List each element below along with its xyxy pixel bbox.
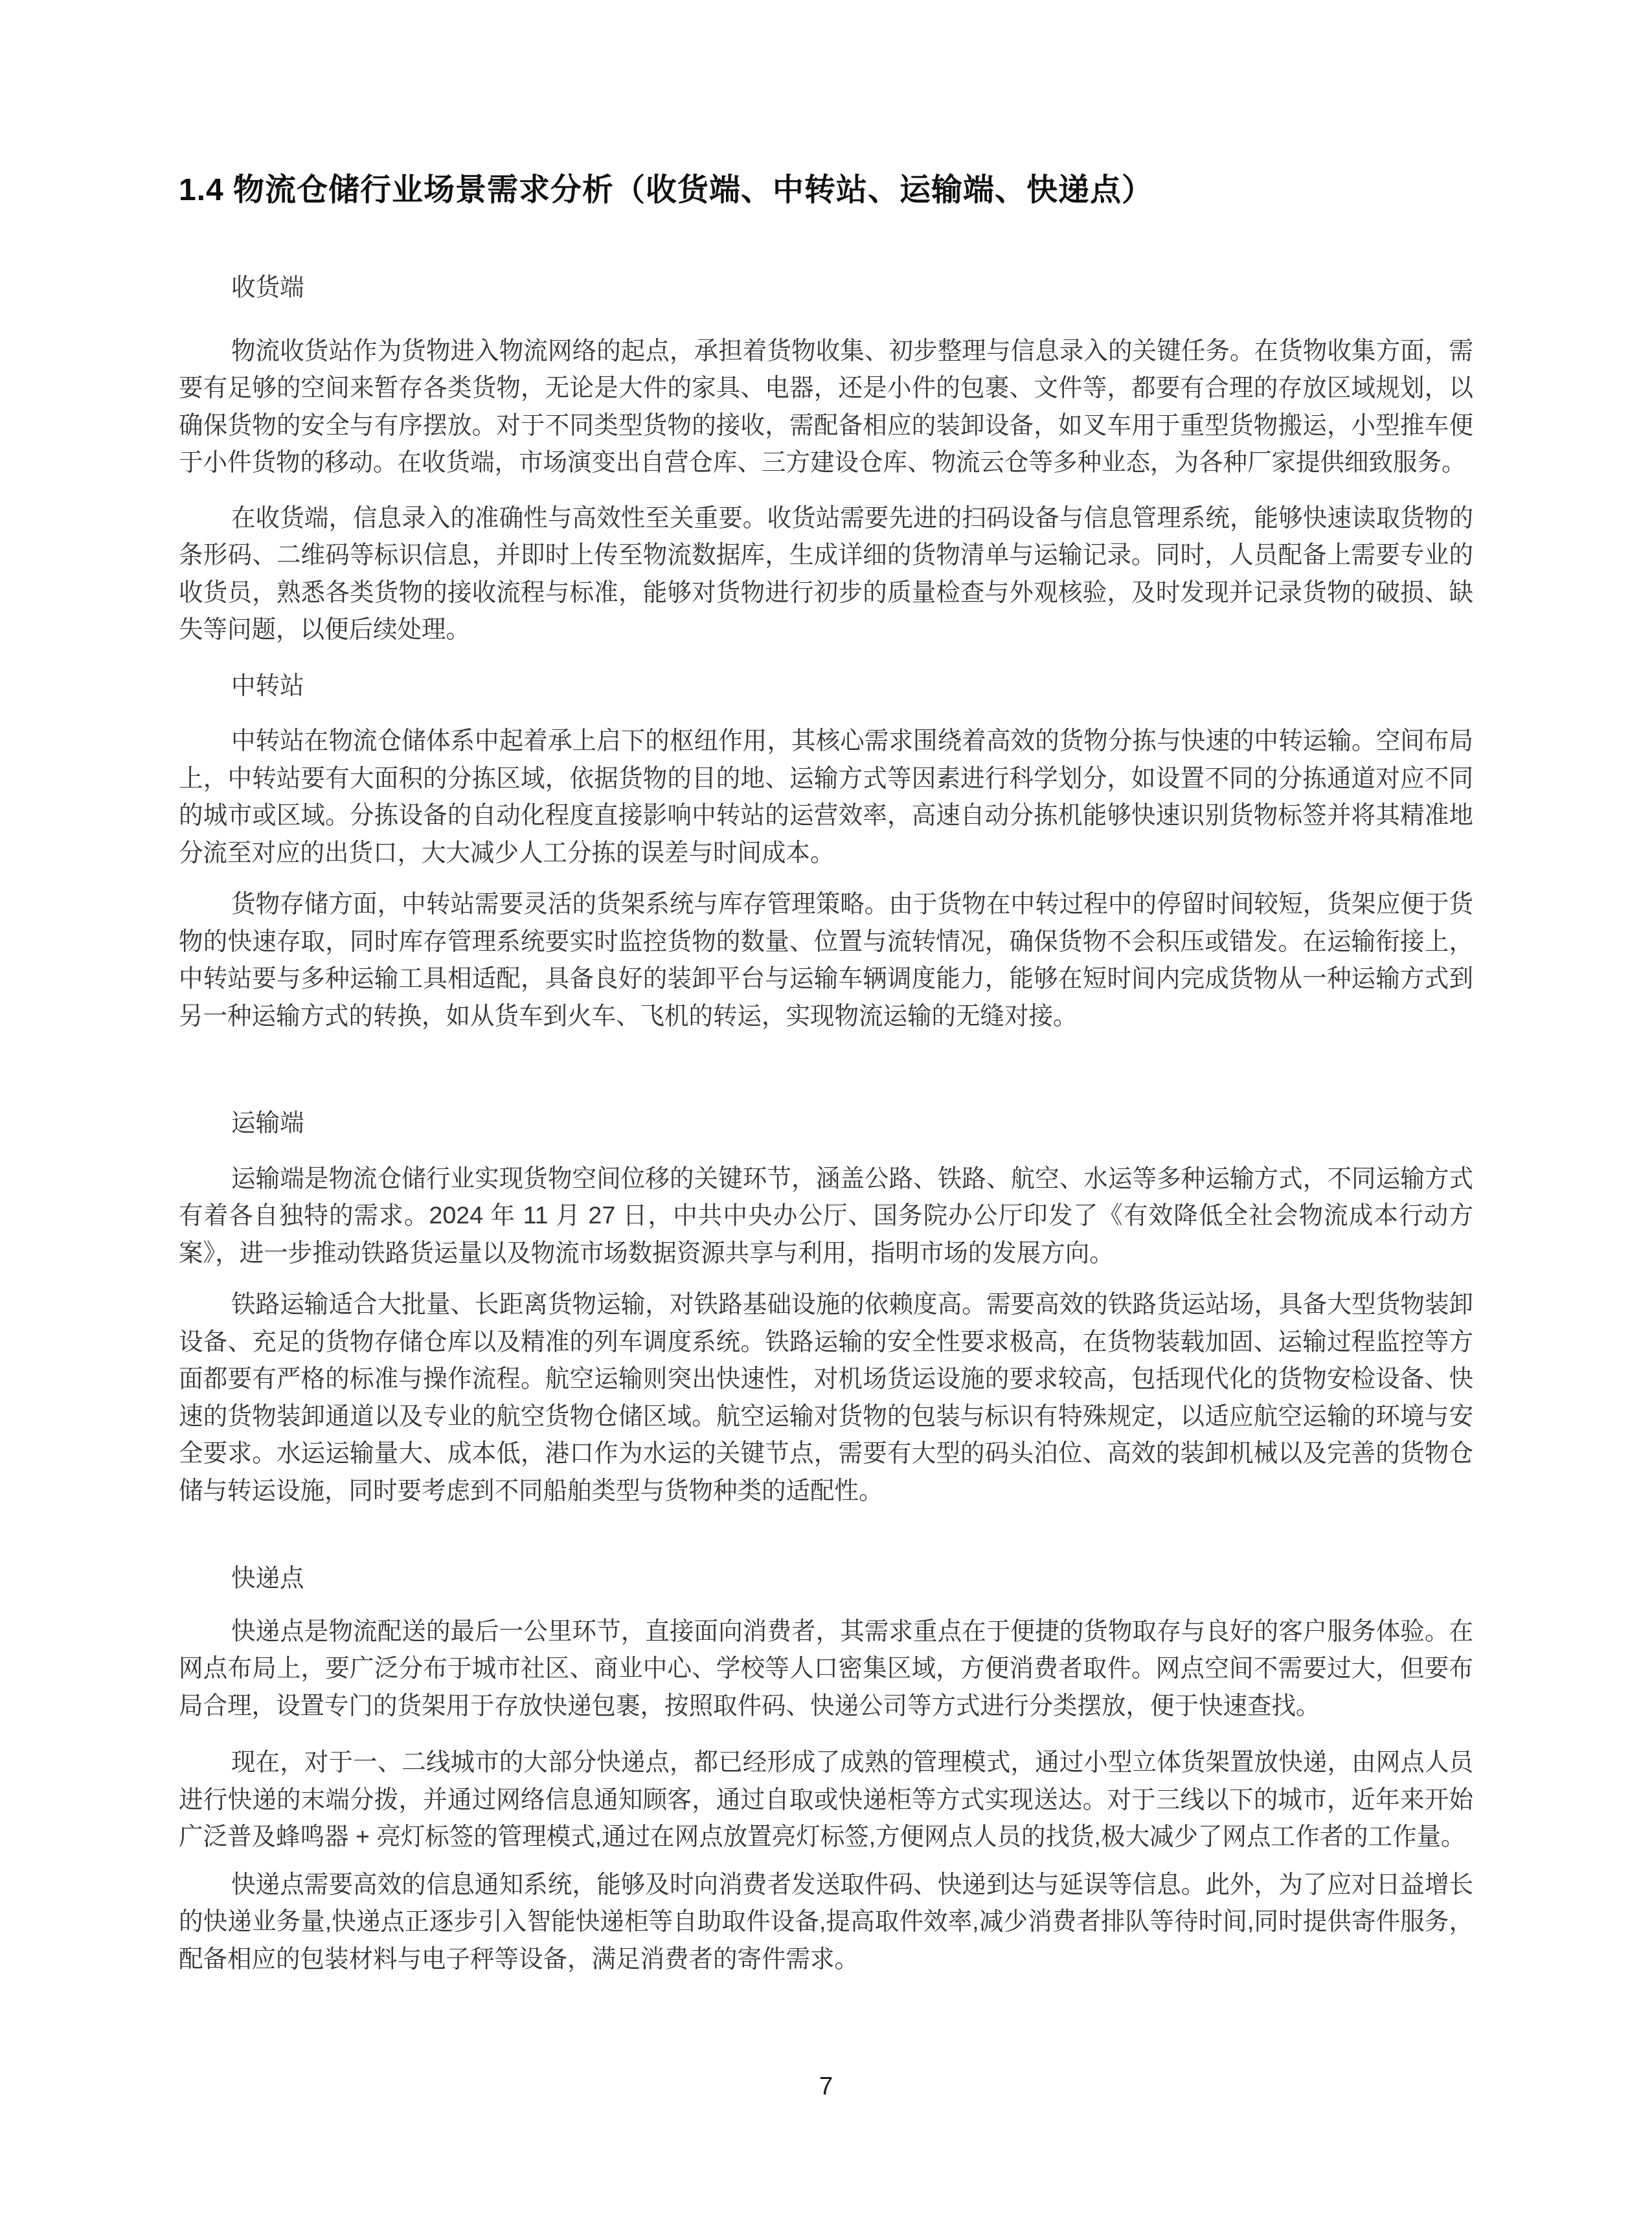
paragraph-receiving-2: 在收货端，信息录入的准确性与高效性至关重要。收货站需要先进的扫码设备与信息管理系… (179, 499, 1473, 648)
section-heading: 1.4 物流仓储行业场景需求分析（收货端、中转站、运输端、快递点） (179, 170, 1473, 210)
page-number: 7 (0, 2071, 1652, 2103)
paragraph-transport-2: 铁路运输适合大批量、长距离货物运输，对铁路基础设施的依赖度高。需要高效的铁路货运… (179, 1286, 1473, 1509)
paragraph-transfer-1: 中转站在物流仓储体系中起着承上启下的枢纽作用，其核心需求围绕着高效的货物分拣与快… (179, 722, 1473, 871)
subsection-label-express-point: 快递点 (179, 1560, 1473, 1597)
paragraph-express-2: 现在，对于一、二线城市的大部分快递点，都已经形成了成熟的管理模式，通过小型立体货… (179, 1743, 1473, 1856)
subsection-label-receiving-end: 收货端 (179, 269, 1473, 306)
paragraph-transport-1: 运输端是物流仓储行业实现货物空间位移的关键环节，涵盖公路、铁路、航空、水运等多种… (179, 1160, 1473, 1272)
subsection-label-transfer-station: 中转站 (179, 667, 1473, 705)
subsection-label-transport-end: 运输端 (179, 1104, 1473, 1142)
paragraph-receiving-1: 物流收货站作为货物进入物流网络的起点，承担着货物收集、初步整理与信息录入的关键任… (179, 332, 1473, 481)
document-page: 1.4 物流仓储行业场景需求分析（收货端、中转站、运输端、快递点） 收货端 物流… (0, 0, 1652, 2226)
paragraph-express-3: 快递点需要高效的信息通知系统，能够及时向消费者发送取件码、快递到达与延误等信息。… (179, 1866, 1473, 1978)
paragraph-express-1: 快递点是物流配送的最后一公里环节，直接面向消费者，其需求重点在于便捷的货物取存与… (179, 1613, 1473, 1725)
paragraph-transfer-2: 货物存储方面，中转站需要灵活的货架系统与库存管理策略。由于货物在中转过程中的停留… (179, 885, 1473, 1034)
